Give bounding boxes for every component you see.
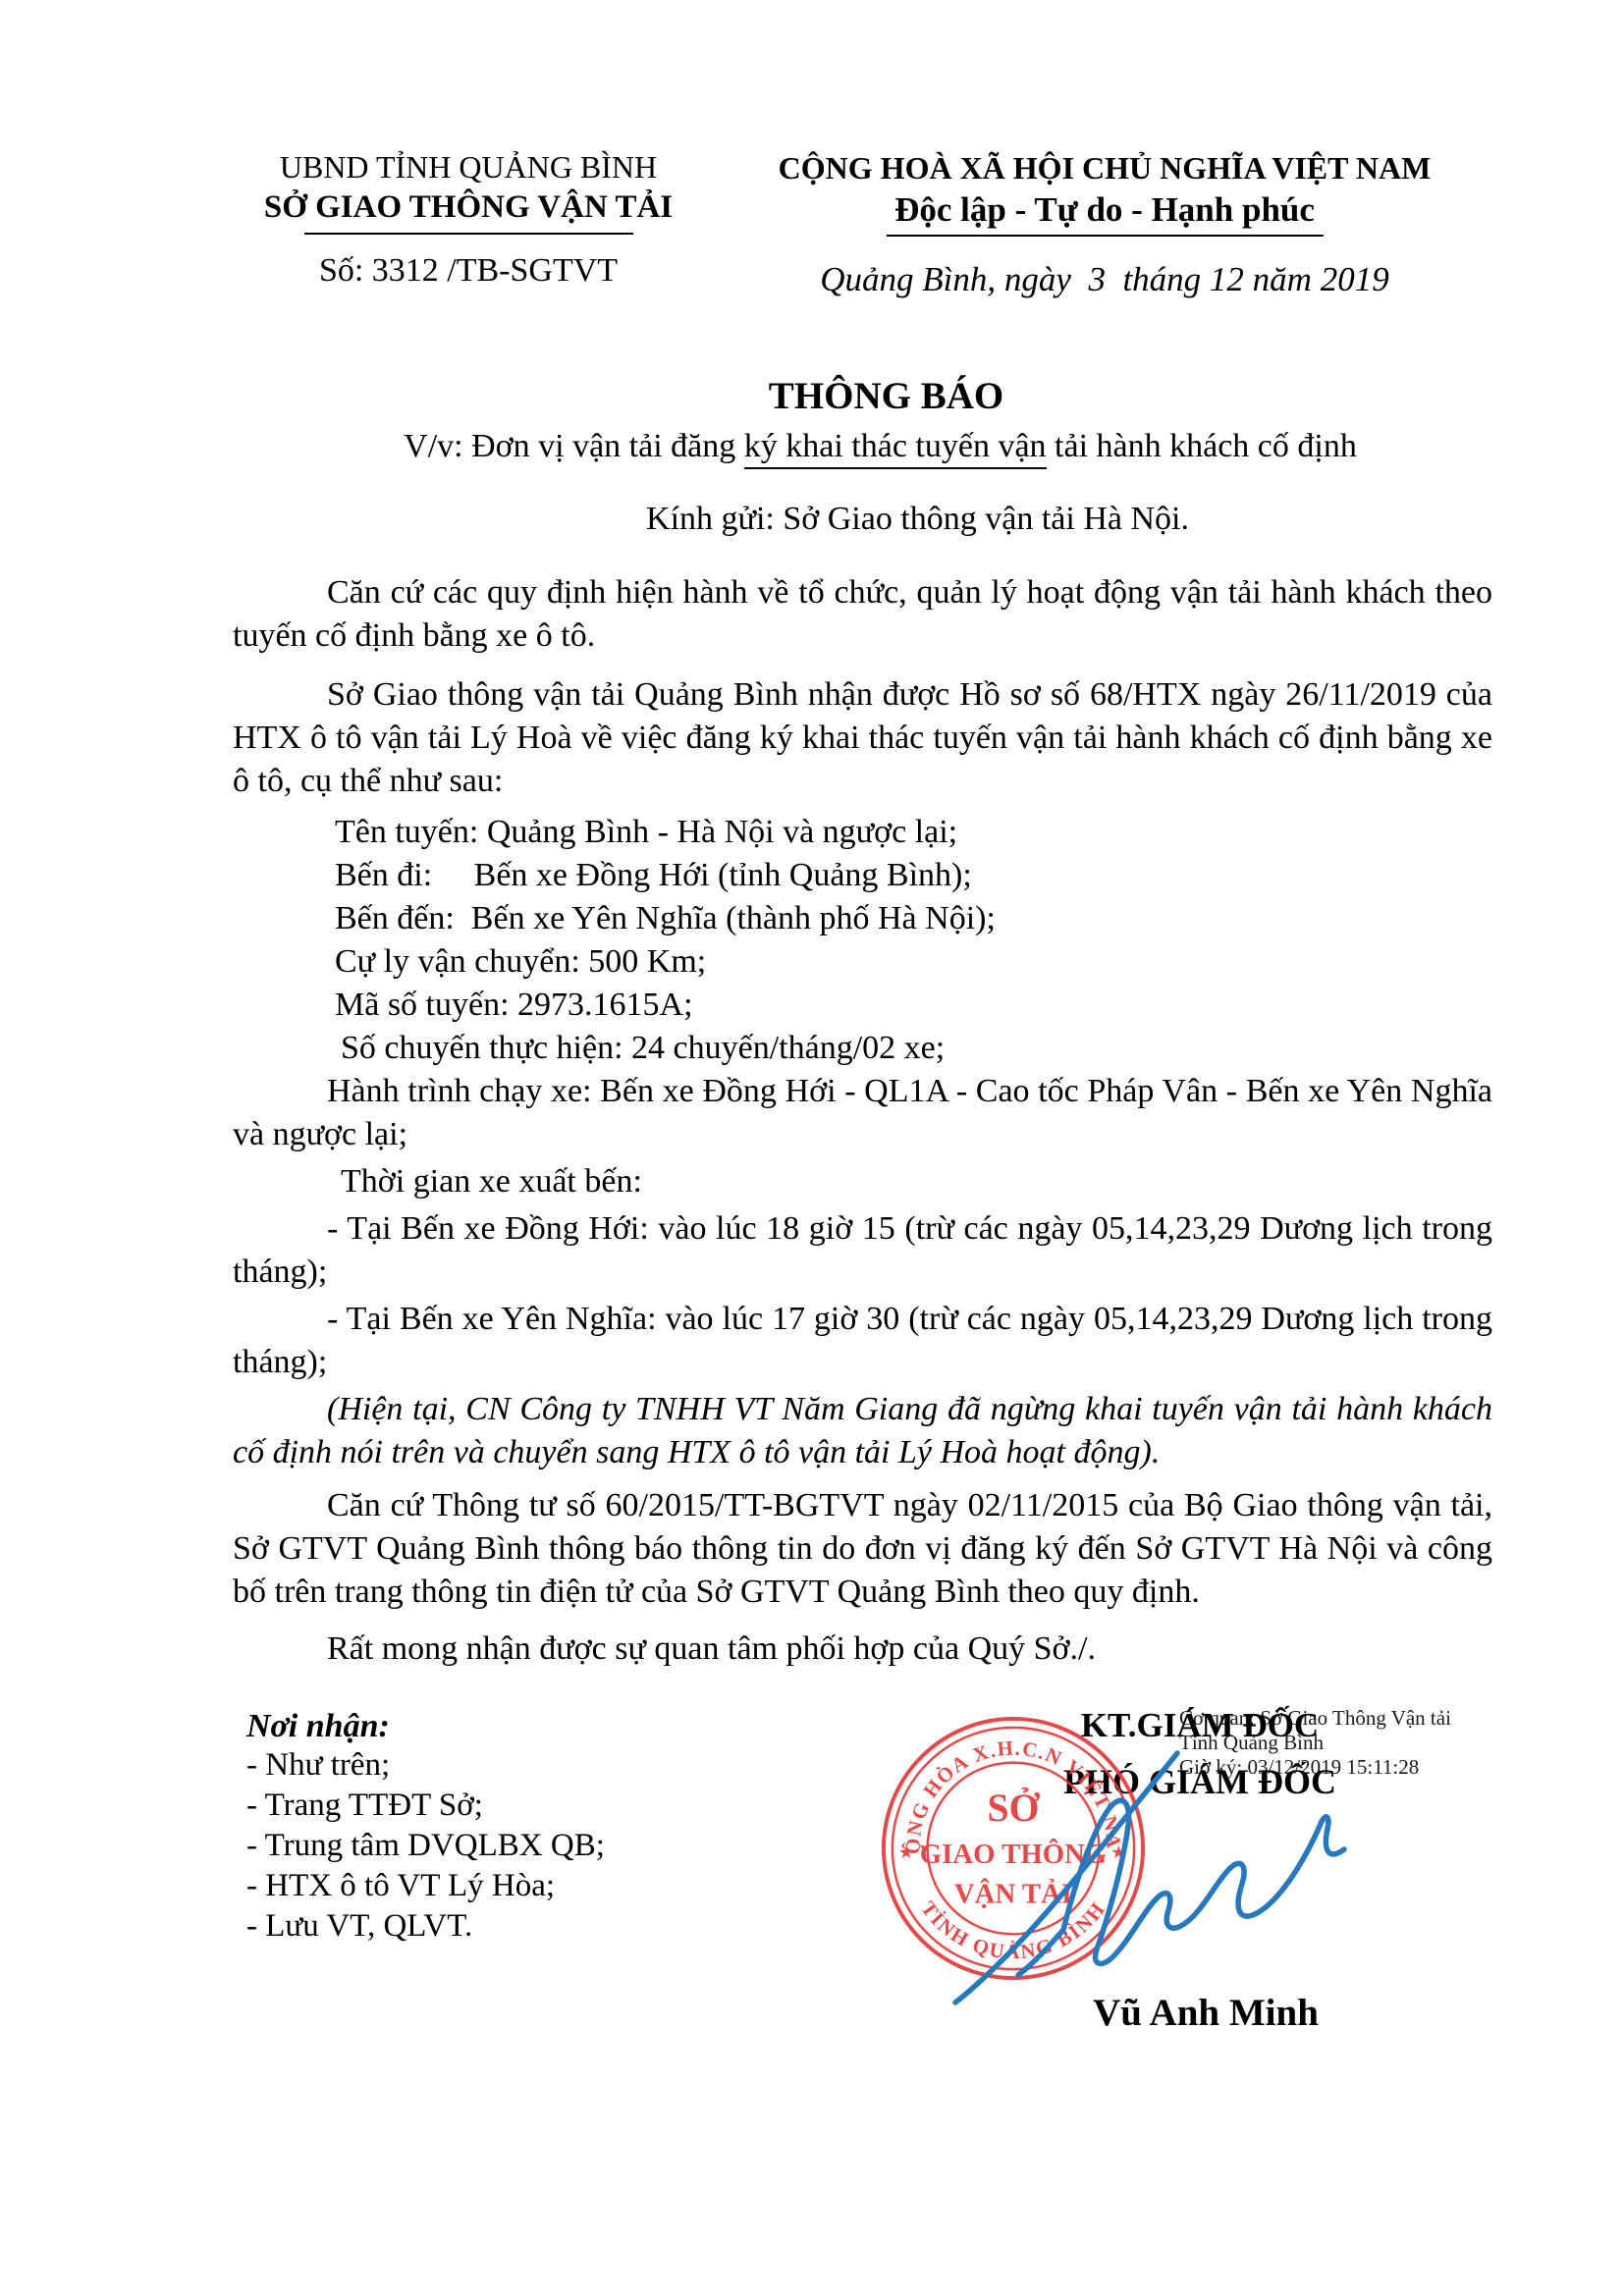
header-right-rule (887, 235, 1324, 237)
organization-name: SỞ GIAO THÔNG VẬN TẢI (233, 187, 704, 228)
document-header: UBND TỈNH QUẢNG BÌNH SỞ GIAO THÔNG VẬN T… (233, 147, 1492, 299)
item-trip-count: Số chuyến thực hiện: 24 chuyến/tháng/02 … (233, 1027, 1492, 1070)
item-route-code: Mã số tuyến: 2973.1615A; (233, 984, 1492, 1027)
item-route-name: Tên tuyến: Quảng Bình - Hà Nội và ngược … (233, 811, 1492, 854)
paragraph-circular-basis: Căn cứ Thông tư số 60/2015/TT-BGTVT ngày… (233, 1484, 1492, 1614)
subject-underlined-part: ký khai thác tuyến vận (744, 428, 1047, 469)
document-footer: Nơi nhận: - Như trên; - Trang TTĐT Sở; -… (233, 1684, 1492, 2234)
recipients-block: Nơi nhận: - Như trên; - Trang TTĐT Sở; -… (246, 1708, 605, 1947)
item-departure-time-dong-hoi: - Tại Bến xe Đồng Hới: vào lúc 18 giờ 15… (233, 1207, 1492, 1294)
salutation-line: Kính gửi: Sở Giao thông vận tải Hà Nội. (288, 501, 1547, 538)
place-date-line: Quảng Bình, ngày 3 tháng 12 năm 2019 (717, 260, 1492, 299)
signature-graphic (920, 1735, 1372, 2020)
recipients-title: Nơi nhận: (246, 1708, 605, 1745)
document-number: Số: 3312 /TB-SGTVT (233, 252, 704, 290)
signer-name: Vũ Anh Minh (1009, 1991, 1402, 2035)
paragraph-note-italic: (Hiện tại, CN Công ty TNHH VT Năm Giang … (233, 1388, 1492, 1474)
item-itinerary: Hành trình chạy xe: Bến xe Đồng Hới - QL… (233, 1070, 1492, 1156)
national-motto: Độc lập - Tự do - Hạnh phúc (717, 188, 1492, 232)
handwritten-signature (920, 1735, 1372, 2020)
item-distance: Cự ly vận chuyển: 500 Km; (233, 940, 1492, 984)
issuing-authority-block: UBND TỈNH QUẢNG BÌNH SỞ GIAO THÔNG VẬN T… (233, 147, 704, 290)
document-title: THÔNG BÁO (256, 374, 1516, 418)
recipient-item: - Như trên; (246, 1745, 605, 1786)
paragraph-closing: Rất mong nhận được sự quan tâm phối hợp … (233, 1628, 1492, 1671)
subject-prefix: V/v: Đơn vị vận tải đăng (404, 428, 744, 464)
recipient-item: - Trung tâm DVQLBX QB; (246, 1826, 605, 1866)
document-page: UBND TỈNH QUẢNG BÌNH SỞ GIAO THÔNG VẬN T… (0, 0, 1624, 2296)
item-departure-times-heading: Thời gian xe xuất bến: (233, 1160, 1492, 1203)
paragraph-dossier-received: Sở Giao thông vận tải Quảng Bình nhận đư… (233, 673, 1492, 803)
stamp-star-left: ★ (898, 1842, 914, 1862)
item-departure-station: Bến đi: Bến xe Đồng Hới (tỉnh Quảng Bình… (233, 854, 1492, 897)
paragraph-legal-basis: Căn cứ các quy định hiện hành về tổ chức… (233, 571, 1492, 658)
recipient-item: - HTX ô tô VT Lý Hòa; (246, 1866, 605, 1906)
item-arrival-station: Bến đến: Bến xe Yên Nghĩa (thành phố Hà … (233, 897, 1492, 940)
item-departure-time-yen-nghia: - Tại Bến xe Yên Nghĩa: vào lúc 17 giờ 3… (233, 1298, 1492, 1384)
header-left-rule (304, 233, 633, 235)
parent-organization: UBND TỈNH QUẢNG BÌNH (233, 147, 704, 187)
recipient-item: - Trang TTĐT Sở; (246, 1786, 605, 1826)
national-motto-block: CỘNG HOÀ XÃ HỘI CHỦ NGHĨA VIỆT NAM Độc l… (717, 147, 1492, 299)
recipient-item: - Lưu VT, QLVT. (246, 1906, 605, 1947)
document-body: Căn cứ các quy định hiện hành về tổ chức… (233, 571, 1492, 1671)
subject-suffix: tải hành khách cố định (1047, 428, 1357, 464)
national-title: CỘNG HOÀ XÃ HỘI CHỦ NGHĨA VIỆT NAM (717, 147, 1492, 188)
document-subject: V/v: Đơn vị vận tải đăng ký khai thác tu… (250, 428, 1510, 465)
